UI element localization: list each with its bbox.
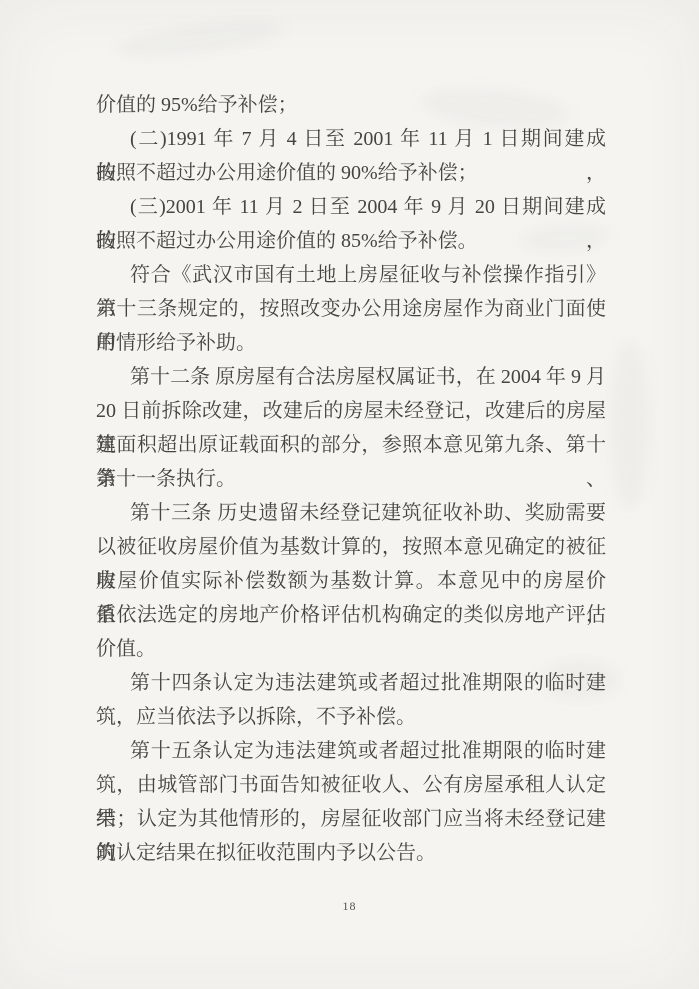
text-line: (三)2001 年 11 月 2 日至 2004 年 9 月 20 日期间建成的… (96, 190, 606, 224)
text-line: 第十四条认定为违法建筑或者超过批准期限的临时建 (96, 666, 606, 700)
text-line: 的情形给予补助。 (96, 326, 606, 360)
text-line: 六十三条规定的，按照改变办公用途房屋作为商业门面使用 (96, 292, 606, 326)
text-line: 第十二条 原房屋有合法房屋权属证书，在 2004 年 9 月 (96, 360, 606, 394)
text-line: 系依法选定的房地产价格评估机构确定的类似房地产评估 (96, 598, 606, 632)
text-line: 第十三条 历史遗留未经登记建筑征收补助、奖励需要 (96, 496, 606, 530)
text-line: 筑，由城管部门书面告知被征收人、公有房屋承租人认定结 (96, 768, 606, 802)
scan-noise (114, 13, 286, 64)
document-page: 价值的 95%给予补偿； (二)1991 年 7 月 4 日至 2001 年 1… (0, 0, 699, 989)
text-line: 20 日前拆除改建，改建后的房屋未经登记，改建后的房屋建 (96, 394, 606, 428)
text-line: 房屋价值实际补偿数额为基数计算。本意见中的房屋价值， (96, 564, 606, 598)
text-line: (二)1991 年 7 月 4 日至 2001 年 11 月 1 日期间建成的， (96, 122, 606, 156)
text-line: 的认定结果在拟征收范围内予以公告。 (96, 836, 606, 870)
text-line: 符合《武汉市国有土地上房屋征收与补偿操作指引》第 (96, 258, 606, 292)
text-line: 第十五条认定为违法建筑或者超过批准期限的临时建 (96, 734, 606, 768)
text-line: 价值。 (96, 632, 606, 666)
text-line: 果；认定为其他情形的，房屋征收部门应当将未经登记建筑 (96, 802, 606, 836)
scan-noise (610, 340, 650, 510)
text-line: 以被征收房屋价值为基数计算的，按照本意见确定的被征收 (96, 530, 606, 564)
text-line: 价值的 95%给予补偿； (96, 88, 606, 122)
document-body: 价值的 95%给予补偿； (二)1991 年 7 月 4 日至 2001 年 1… (96, 88, 606, 870)
text-line: 筑面积超出原证载面积的部分，参照本意见第九条、第十条、 (96, 428, 606, 462)
text-line: 筑，应当依法予以拆除，不予补偿。 (96, 700, 606, 734)
page-number: 18 (0, 899, 699, 914)
